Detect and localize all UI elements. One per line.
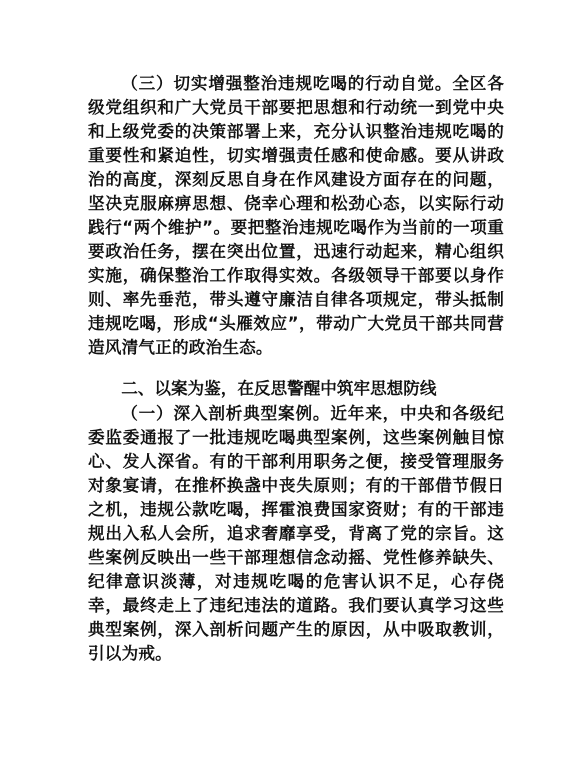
paragraph-strengthen-consciousness: （三）切实增强整治违规吃喝的行动自觉。全区各级党组织和广大党员干部要把思想和行动… [88, 72, 504, 360]
section-heading-2: 二、以案为鉴，在反思警醒中筑牢思想防线 [88, 377, 504, 401]
document-page: （三）切实增强整治违规吃喝的行动自觉。全区各级党组织和广大党员干部要把思想和行动… [88, 72, 504, 666]
paragraph-analyze-cases: （一）深入剖析典型案例。近年来，中央和各级纪委监委通报了一批违规吃喝典型案例，这… [88, 402, 504, 666]
